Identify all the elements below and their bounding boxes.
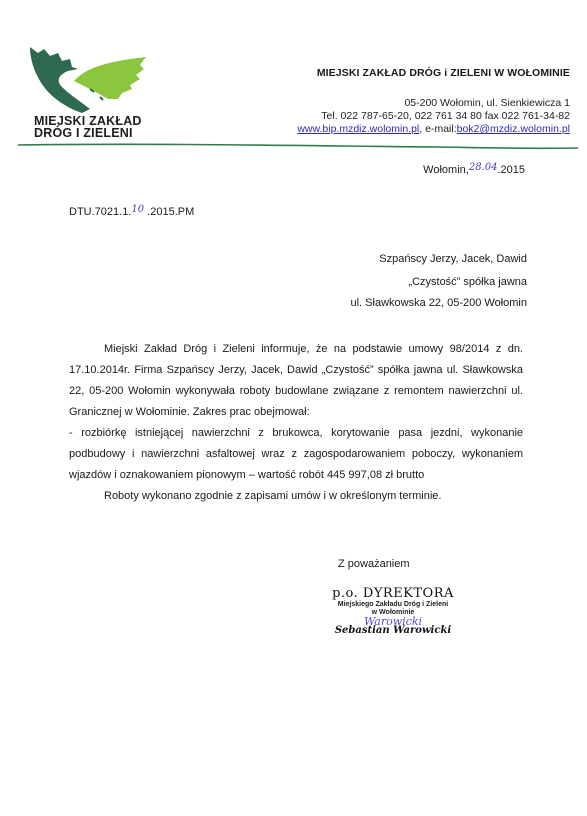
letter-date: Wołomin,28.04.2015 xyxy=(423,164,525,176)
recipient-name: Szpańscy Jerzy, Jacek, Dawid xyxy=(379,253,527,265)
closing-greeting: Z poważaniem xyxy=(338,558,410,570)
reference-suffix: .2015.PM xyxy=(144,206,194,218)
stamp-line1: Miejskiego Zakładu Dróg i Zieleni xyxy=(318,601,468,609)
reference-handwritten: 10 xyxy=(131,204,144,215)
body-paragraph-scope: - rozbiórkę istniejącej nawierzchni z br… xyxy=(69,423,523,486)
reference-number: DTU.7021.1.10 .2015.PM xyxy=(69,206,194,218)
leaf-road-logo-icon xyxy=(28,45,148,115)
organization-address: 05-200 Wołomin, ul. Sienkiewicza 1 xyxy=(404,97,570,109)
recipient-company: „Czystość” spółka jawna xyxy=(408,276,527,288)
stamp-title: p.o. DYREKTORA xyxy=(318,586,468,601)
reference-prefix: DTU.7021.1. xyxy=(69,206,131,218)
signatory-name: Sebastian Warowicki xyxy=(318,625,468,636)
date-handwritten: 28.04 xyxy=(469,162,498,173)
date-year: .2015 xyxy=(497,164,525,176)
director-stamp: p.o. DYREKTORA Miejskiego Zakładu Dróg i… xyxy=(318,586,468,636)
letter-body: Miejski Zakład Dróg i Zieleni informuje,… xyxy=(69,339,523,507)
body-paragraph-intro: Miejski Zakład Dróg i Zieleni informuje,… xyxy=(69,339,523,423)
email-label: , e-mail: xyxy=(419,123,456,135)
logo-text-line2: DRÓG I ZIELENI xyxy=(34,127,142,139)
organization-phones: Tel. 022 787-65-20, 022 761 34 80 fax 02… xyxy=(321,110,570,122)
organization-name: MIEJSKI ZAKŁAD DRÓG i ZIELENI W WOŁOMINI… xyxy=(317,67,570,79)
date-place: Wołomin, xyxy=(423,164,469,176)
recipient-address: ul. Sławkowska 22, 05-200 Wołomin xyxy=(351,297,528,309)
email-link[interactable]: bok2@mzdiz.wolomin.pl xyxy=(457,123,570,135)
letterhead-divider xyxy=(18,142,578,152)
organization-contact: www.bip.mzdiz.wolomin.pl, e-mail:bok2@mz… xyxy=(297,123,570,135)
logo-text: MIEJSKI ZAKŁAD DRÓG I ZIELENI xyxy=(34,115,142,139)
body-paragraph-conclusion: Roboty wykonano zgodnie z zapisami umów … xyxy=(69,486,523,507)
website-link[interactable]: www.bip.mzdiz.wolomin.pl xyxy=(297,123,419,135)
